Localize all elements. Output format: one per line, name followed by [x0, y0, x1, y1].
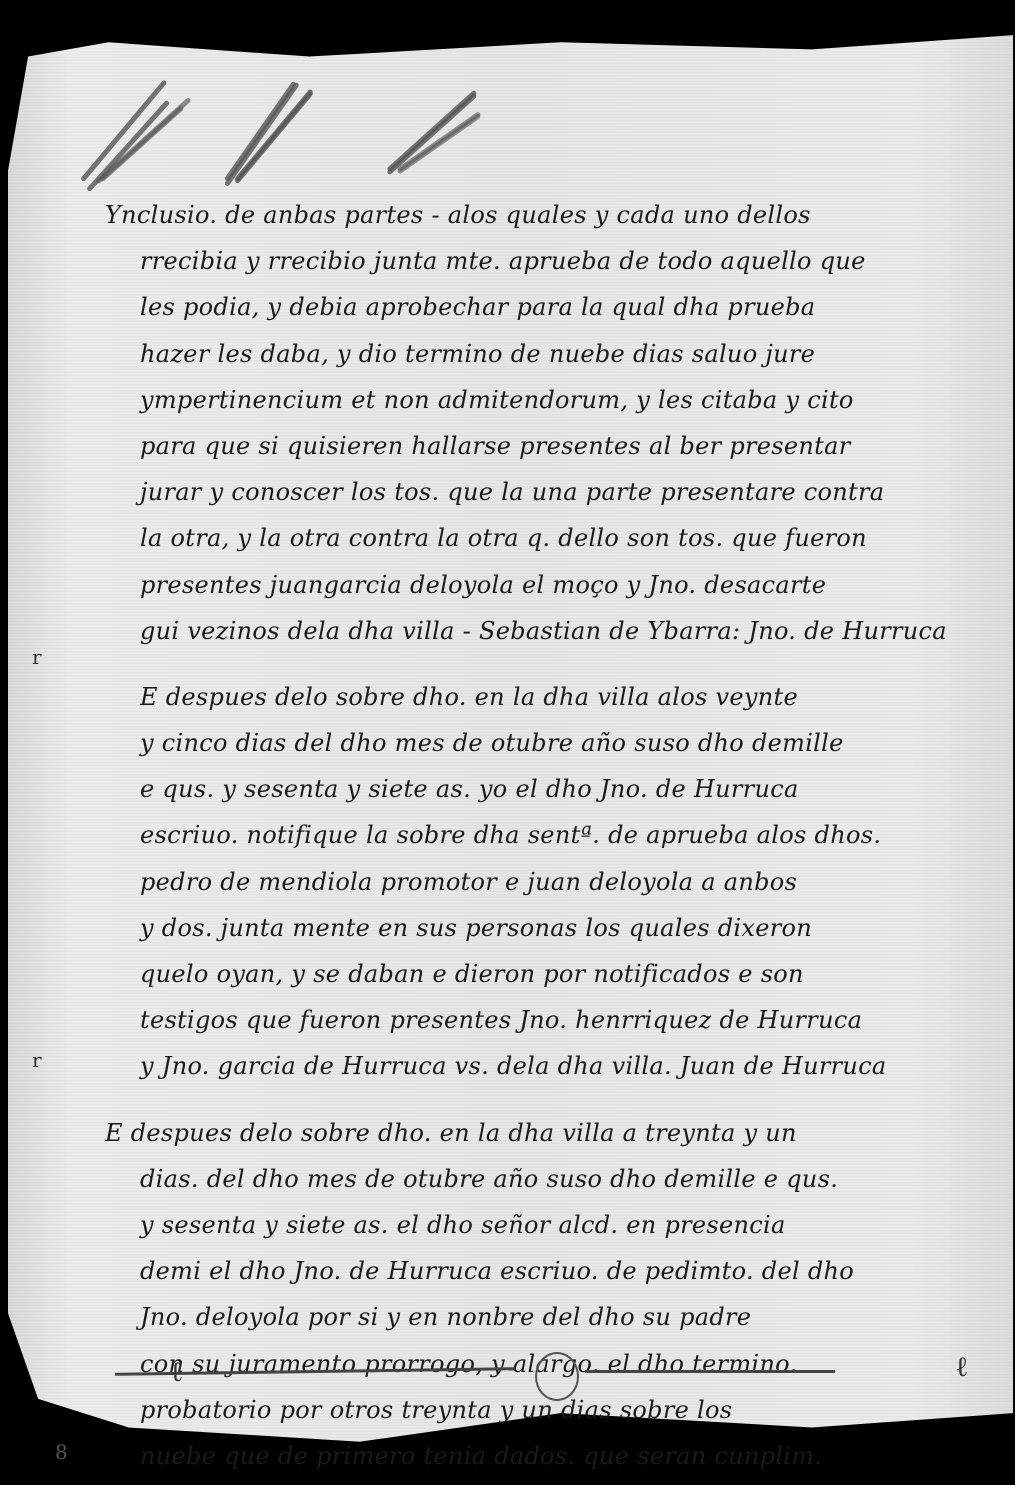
text-line: gui vezinos dela dha villa - Sebastian d…: [105, 608, 985, 654]
text-line: rrecibia y rrecibio junta mte. aprueba d…: [105, 238, 985, 284]
text-line: ympertinencium et non admitendorum, y le…: [105, 377, 985, 423]
text-line: les podia, y debia aprobechar para la qu…: [105, 284, 985, 330]
text-line: para que si quisieren hallarse presentes…: [105, 423, 985, 469]
text-line: quelo oyan, y se daban e dieron por noti…: [105, 951, 985, 997]
text-line: E despues delo sobre dho. en la dha vill…: [105, 1110, 985, 1156]
text-line: hazer les daba, y dio termino de nuebe d…: [105, 331, 985, 377]
text-line: y cinco dias del dho mes de otubre año s…: [105, 720, 985, 766]
folio-number: 8: [55, 1440, 68, 1464]
text-line: y Jno. garcia de Hurruca vs. dela dha vi…: [105, 1043, 985, 1089]
closing-flourish-left: ℓ: [170, 1355, 183, 1389]
text-line: pedro de mendiola promotor e juan deloyo…: [105, 859, 985, 905]
closing-flourish-right: ℓ: [955, 1350, 968, 1384]
closing-rule-right: [585, 1370, 835, 1373]
text-line: e qus. y sesenta y siete as. yo el dho J…: [105, 766, 985, 812]
text-line: Jno. deloyola por si y en nonbre del dho…: [105, 1294, 985, 1340]
text-line: nuebe que de primero tenia dados. que se…: [105, 1433, 985, 1479]
text-line: presentes juangarcia deloyola el moço y …: [105, 562, 985, 608]
text-line: demi el dho Jno. de Hurruca escriuo. de …: [105, 1248, 985, 1294]
margin-mark: r: [32, 645, 42, 669]
text-line: dias. del dho mes de otubre año suso dho…: [105, 1156, 985, 1202]
text-line: escriuo. notifique la sobre dha sentª. d…: [105, 812, 985, 858]
text-line: la otra, y la otra contra la otra q. del…: [105, 515, 985, 561]
text-line: testigos que fueron presentes Jno. henrr…: [105, 997, 985, 1043]
text-line: y dos. junta mente en sus personas los q…: [105, 905, 985, 951]
margin-mark: r: [32, 1048, 42, 1072]
text-line: Ynclusio. de anbas partes - alos quales …: [105, 192, 985, 238]
text-line: E despues delo sobre dho. en la dha vill…: [105, 674, 985, 720]
text-line: y sesenta y siete as. el dho señor alcd.…: [105, 1202, 985, 1248]
rubric-signature-icon: [535, 1352, 579, 1401]
text-line: jurar y conoscer los tos. que la una par…: [105, 469, 985, 515]
manuscript-text: Ynclusio. de anbas partes - alos quales …: [105, 192, 985, 1479]
